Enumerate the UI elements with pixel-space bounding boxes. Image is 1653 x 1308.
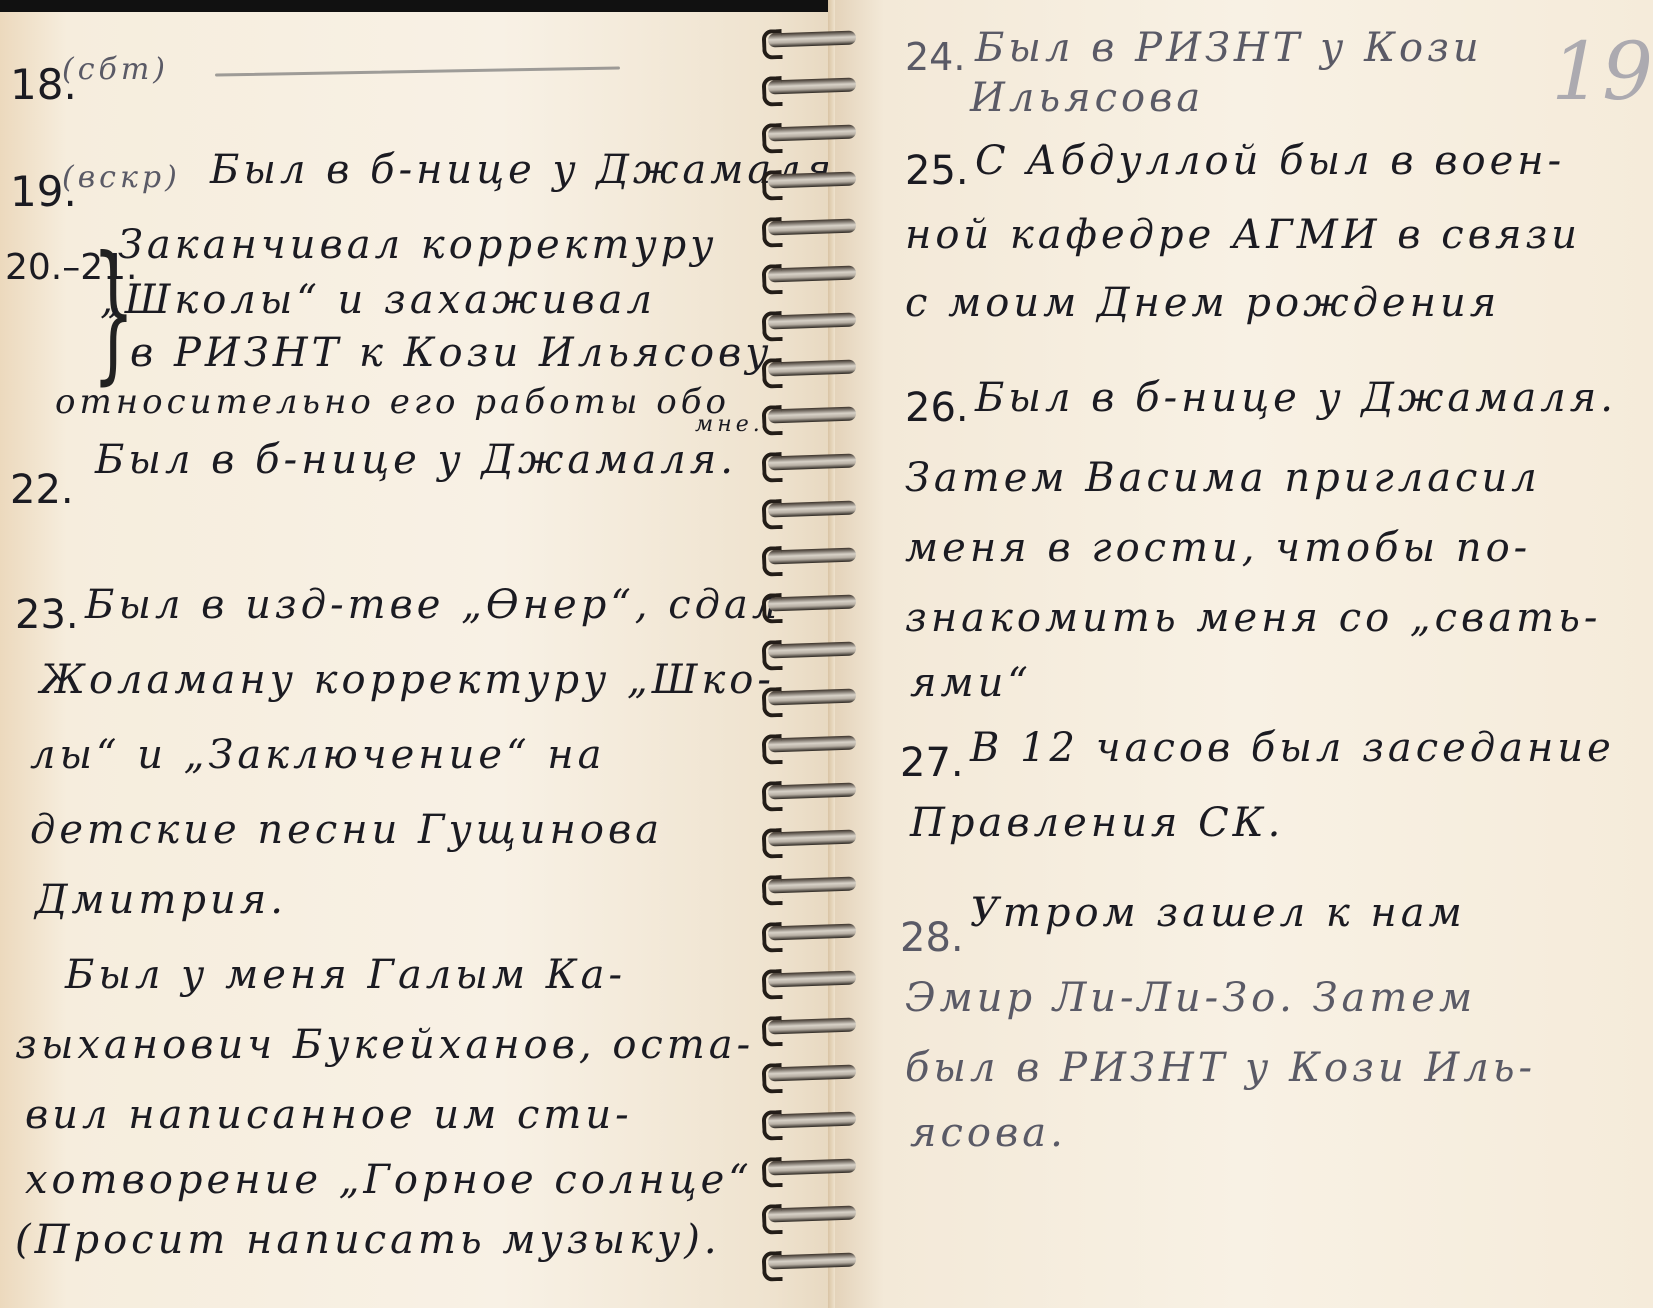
entry-line: вил написанное им сти- [25,1092,633,1138]
entry-line: зыханович Букейханов, оста- [15,1022,754,1068]
entry-line: меня в гости, чтобы по- [905,525,1531,571]
entry-date: 22. [10,467,74,513]
entry-line: В 12 часов был заседание [970,725,1615,771]
entry-line: мне. [695,412,764,437]
entry-date: 25. [905,148,969,194]
entry-line: Эмир Ли-Ли-Зо. Затем [905,975,1476,1021]
entry-date: 26. [905,385,969,431]
entry-line: Был в б-нице у Джамаля. [975,375,1617,421]
entry-day: (сбт) [62,52,169,87]
entry-line: Был у меня Галым Ка- [65,952,626,998]
page-number: 19 [1551,25,1653,118]
entry-line: ясова. [910,1110,1067,1156]
entry-line: Утром зашел к нам [970,890,1466,936]
entry-line: Дмитрия. [35,877,287,923]
entry-line: детские песни Гущинова [30,807,663,853]
entry-date: 24. [905,35,965,79]
entry-date: 23. [15,592,79,638]
right-page: 19 24. Был в РИЗНТ у Кози Ильясова 25. С… [835,0,1653,1308]
left-page: 18. (сбт) 19. (вскр) Был в б-нице у Джам… [0,12,835,1308]
entry-line: ной кафедре АГМИ в связи [905,212,1581,258]
entry-line: С Абдуллой был в воен- [975,138,1565,184]
entry-line: знакомить меня со „свать- [905,595,1601,641]
entry-line: (Просит написать музыку). [15,1217,721,1263]
entry-line: Был в изд-тве „Өнер“, сдал [85,582,781,628]
entry-date: 28. [900,915,964,961]
entry-line: Был в РИЗНТ у Кози [975,25,1483,71]
entry-line: Затем Васима пригласил [905,455,1541,501]
entry-line: лы“ и „Заключение“ на [30,732,605,778]
entry-line: Жоламану корректуру „Шко- [40,657,775,703]
entry-line: с моим Днем рождения [905,280,1500,326]
entry-date: 27. [900,740,964,786]
entry-line: Ильясова [970,75,1204,121]
entry-day: (вскр) [62,160,181,195]
entry-line: ями“ [910,660,1032,706]
entry-line: относительно его работы обо [55,382,730,422]
entry-line: Заканчивал корректуру [118,222,718,268]
blank-line-marker [215,66,620,76]
entry-line: Правления СК. [910,800,1284,846]
entry-line: в РИЗНТ к Кози Ильясову [130,330,773,376]
entry-line: хотворение „Горное солнце“ [25,1157,753,1203]
entry-line: Был в б-нице у Джамаля. [95,437,737,483]
entry-line: Был в б-нице у Джамаля. [210,147,852,193]
entry-line: был в РИЗНТ у Кози Иль- [905,1045,1536,1091]
notebook-top-edge [0,0,830,12]
entry-line: „Школы“ и захаживал [100,277,656,323]
